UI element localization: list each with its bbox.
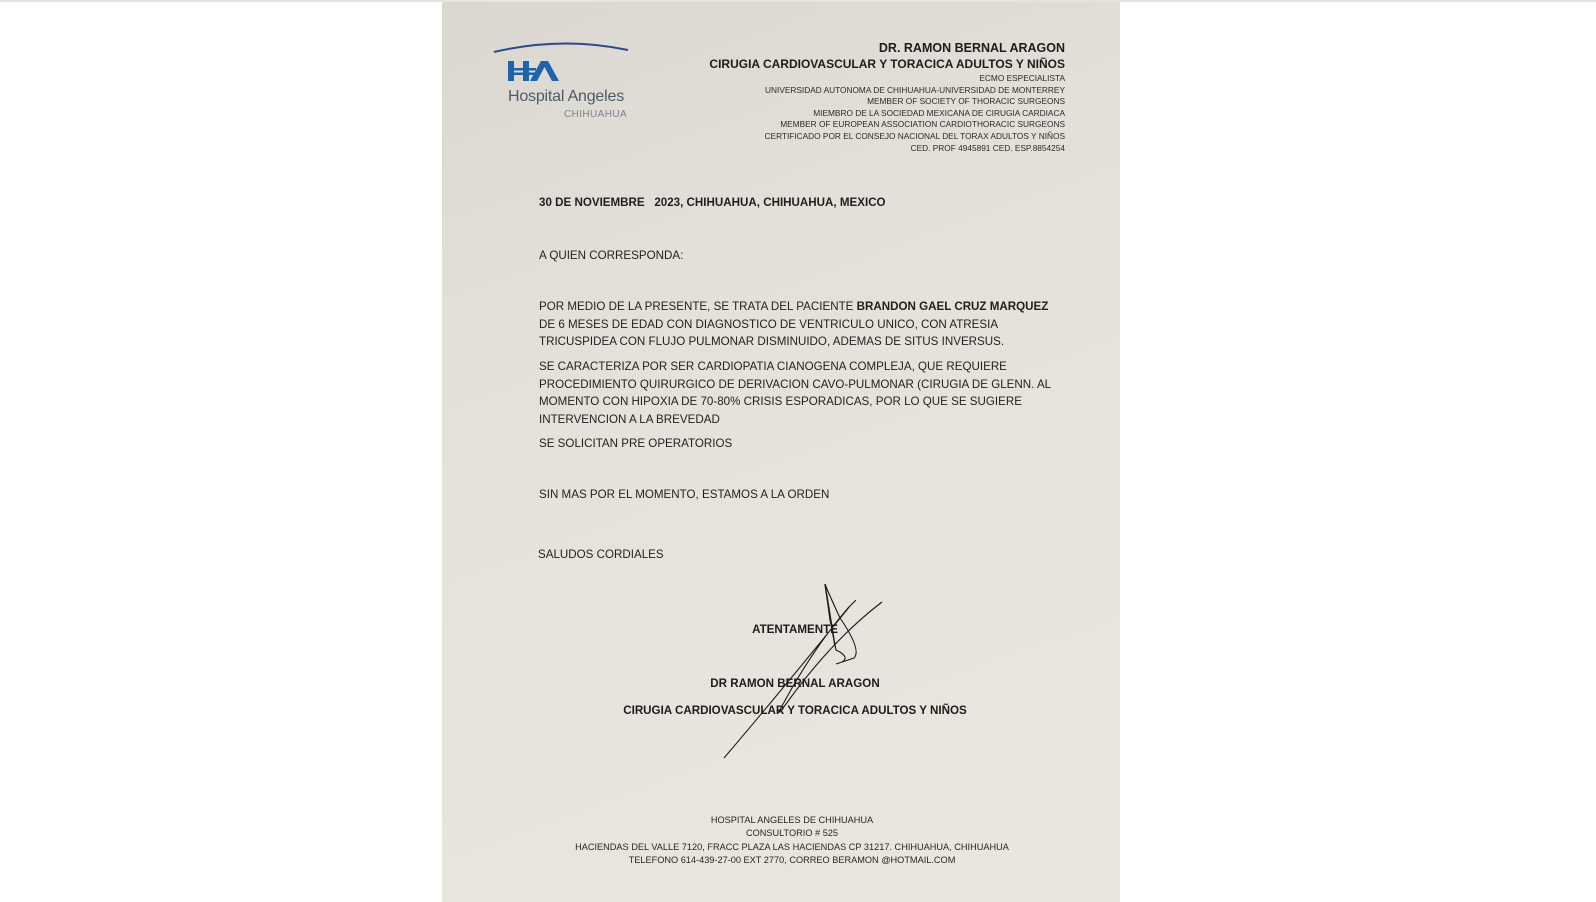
doctor-specialty: CIRUGIA CARDIOVASCULAR Y TORACICA ADULTO…	[709, 56, 1065, 73]
paragraph-regards: SALUDOS CORDIALES	[538, 546, 664, 564]
p1-intro: POR MEDIO DE LA PRESENTE, SE TRATA DEL P…	[539, 300, 857, 313]
footer-contact: TELEFONO 614-439-27-00 EXT 2770, CORREO …	[442, 854, 1142, 867]
credential-line: MIEMBRO DE LA SOCIEDAD MEXICANA DE CIRUG…	[709, 108, 1065, 120]
paragraph-patient-diagnosis: POR MEDIO DE LA PRESENTE, SE TRATA DEL P…	[539, 298, 1064, 351]
paragraph-closing: SIN MAS POR EL MOMENTO, ESTAMOS A LA ORD…	[539, 486, 829, 504]
letter-date: 30 DE NOVIEMBRE 2023, CHIHUAHUA, CHIHUAH…	[539, 194, 886, 212]
logo-hospital-name: Hospital Angeles	[508, 88, 624, 106]
letterhead: DR. RAMON BERNAL ARAGON CIRUGIA CARDIOVA…	[709, 40, 1065, 154]
handwritten-signature-icon	[722, 580, 892, 765]
p1-rest: DE 6 MESES DE EDAD CON DIAGNOSTICO DE VE…	[539, 318, 1004, 349]
credential-line: MEMBER OF EUROPEAN ASSOCIATION CARDIOTHO…	[709, 119, 1065, 131]
paragraph-procedure: SE CARACTERIZA POR SER CARDIOPATIA CIANO…	[539, 358, 1064, 428]
letter-page: Hospital Angeles CHIHUAHUA DR. RAMON BER…	[442, 2, 1120, 902]
footer-address: HACIENDAS DEL VALLE 7120, FRACC PLAZA LA…	[442, 841, 1142, 854]
credential-line: CERTIFICADO POR EL CONSEJO NACIONAL DEL …	[709, 131, 1065, 143]
ha-monogram-icon	[508, 58, 562, 84]
hospital-logo: Hospital Angeles CHIHUAHUA	[492, 38, 642, 128]
credential-line: CED. PROF 4945891 CED. ESP.8854254	[709, 143, 1065, 155]
doctor-name: DR. RAMON BERNAL ARAGON	[709, 40, 1065, 56]
patient-name: BRANDON GAEL CRUZ MARQUEZ	[857, 300, 1049, 313]
logo-city: CHIHUAHUA	[564, 109, 627, 120]
footer-office: CONSULTORIO # 525	[442, 827, 1142, 840]
letter-greeting: A QUIEN CORRESPONDA:	[539, 247, 683, 265]
footer-hospital: HOSPITAL ANGELES DE CHIHUAHUA	[442, 814, 1142, 827]
logo-arc-icon	[492, 38, 642, 58]
credential-line: MEMBER OF SOCIETY OF THORACIC SURGEONS	[709, 96, 1065, 108]
credential-line: UNIVERSIDAD AUTONOMA DE CHIHUAHUA-UNIVER…	[709, 85, 1065, 97]
credential-line: ECMO ESPECIALISTA	[709, 73, 1065, 85]
paragraph-request: SE SOLICITAN PRE OPERATORIOS	[539, 435, 732, 453]
